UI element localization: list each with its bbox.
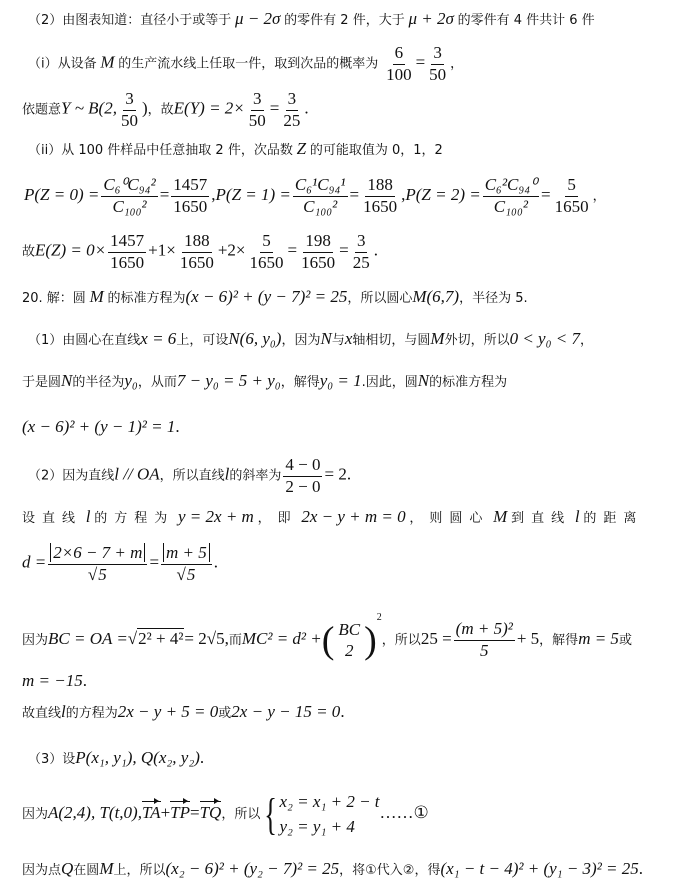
q20-part2-c: d =2×6 − 7 + m√5=m + 5√5. (22, 544, 218, 584)
text: 的生产流水线上任取一件，取到次品的概率为 (118, 57, 378, 72)
fraction: C₆²C₉₄⁰C₁₀₀² (483, 176, 539, 216)
fraction: m + 5√5 (161, 544, 212, 584)
denominator: C₁₀₀² (301, 197, 339, 217)
math-var: Z (297, 139, 306, 158)
fraction: 51650 (553, 176, 591, 216)
q20-part2-e: m = −15. (22, 672, 87, 690)
numerator: 5 (565, 176, 578, 197)
fraction: BC2 (336, 621, 362, 660)
vector-tq: TQ (200, 804, 222, 821)
numerator: 3 (286, 90, 299, 111)
numerator: 1457 (171, 176, 209, 197)
numerator: 3 (123, 90, 136, 111)
text: 依题意 (22, 103, 61, 118)
text: （ii）从 100 件样品中任意抽取 2 件，次品数 (28, 143, 293, 158)
equation-system: {x₂ = x₁ + 2 − ty₂ = y₁ + 4 (260, 790, 379, 839)
prob-item: P(Z = 0) =C₆⁰C₉₄²C₁₀₀²=14571650, (24, 188, 216, 204)
q20-part2-a: （2）因为直线l // OA，所以直线l的斜率为4 − 02 − 0= 2. (28, 456, 351, 496)
vector-tp: TP (170, 804, 190, 821)
math: E(Z) = 0× (35, 241, 106, 260)
text: 20. 解：圆 (22, 291, 86, 306)
math-var: M (100, 53, 114, 72)
fraction: 325 (281, 90, 302, 130)
numerator: C₆²C₉₄⁰ (483, 176, 539, 197)
equation-label: ……① (380, 803, 429, 822)
denominator: C₁₀₀² (110, 197, 148, 217)
fraction: 14571650 (171, 176, 209, 216)
circle-n-equation: (x − 6)² + (y − 1)² = 1 (22, 417, 175, 436)
math: Y ~ B(2, (61, 99, 117, 118)
denominator: 100 (384, 65, 414, 85)
denominator: 25 (281, 111, 302, 131)
numerator: 188 (365, 176, 395, 197)
fraction: 2×6 − 7 + m√5 (48, 544, 147, 584)
q20-part3-a: （3）设P(x₁, y₁), Q(x₂, y₂). (28, 749, 204, 767)
fraction: 1881650 (361, 176, 399, 216)
fraction: 350 (119, 90, 140, 130)
denominator: 50 (119, 111, 140, 131)
denominator: 1650 (171, 197, 209, 217)
expectation-ez: 故E(Z) = 0×14571650+1×1881650+2×51650=198… (22, 232, 378, 272)
numerator: C₆⁰C₉₄² (101, 176, 157, 197)
q20-part3-b: 因为A(2,4), T(t,0),TA+TP=TQ，所以{x₂ = x₁ + 2… (22, 790, 429, 839)
text: ，故 (148, 103, 174, 118)
math-mu-plus: μ + 2σ (408, 9, 453, 28)
q19-sub-ii: （ii）从 100 件样品中任意抽取 2 件，次品数 Z 的可能取值为 0，1，… (28, 140, 443, 158)
punct: . (304, 99, 308, 118)
fraction: C₆⁰C₉₄²C₁₀₀² (101, 176, 157, 216)
text: 的可能取值为 0，1，2 (310, 143, 443, 158)
q20-part2-d: 因为BC = OA =√2² + 4²= 2√5,而MC² = d² +(BC2… (22, 618, 632, 661)
math: E(Y) = 2× (174, 99, 245, 118)
fraction: 325 (351, 232, 372, 272)
denominator: C₁₀₀² (492, 197, 530, 217)
text: 的零件有 4 件共计 6 件 (458, 13, 595, 28)
numerator: 6 (393, 44, 406, 65)
fraction: 51650 (248, 232, 286, 272)
numerator: 3 (431, 44, 444, 65)
numerator: 3 (251, 90, 264, 111)
fraction: 350 (427, 44, 448, 84)
q20-part1-c: (x − 6)² + (y − 1)² = 1. (22, 418, 180, 436)
text: （i）从设备 (28, 57, 97, 72)
q20-part2-f: 故直线l的方程为2x − y + 5 = 0或2x − y − 15 = 0. (22, 703, 345, 721)
lhs: P(Z = 0) = (24, 185, 99, 204)
q20-part3-c: 因为点Q在圆M上，所以(x₂ − 6)² + (y₂ − 7)² = 25，将①… (22, 860, 643, 878)
text: 的零件有 2 件，大于 (284, 13, 405, 28)
fraction: 1881650 (178, 232, 216, 272)
fraction: 6100 (384, 44, 414, 84)
punct: ， (450, 57, 463, 72)
denominator: 1650 (361, 197, 399, 217)
text: （2）由图表知道：直径小于或等于 (28, 13, 231, 28)
fraction: 1981650 (299, 232, 337, 272)
q20-part2-b: 设直线 l 的方程为 y = 2x + m ，即 2x − y + m = 0 … (22, 508, 643, 526)
fraction: 350 (247, 90, 268, 130)
equals: = (416, 53, 426, 72)
lhs: P(Z = 2) = (405, 185, 480, 204)
q20-part1-b: 于是圆N的半径为y₀，从而7 − y₀ = 5 + y₀，解得y₀ = 1.因此… (22, 372, 507, 390)
denominator: 50 (427, 65, 448, 85)
q19-sub-i: （i）从设备 M 的生产流水线上任取一件，取到次品的概率为 6100=350， (28, 44, 463, 84)
fraction: 14571650 (108, 232, 146, 272)
fraction: C₆¹C₉₄¹C₁₀₀² (293, 176, 348, 216)
math-mu-minus: μ − 2σ (235, 9, 280, 28)
q19-part2-intro: （2）由图表知道：直径小于或等于 μ − 2σ 的零件有 2 件，大于 μ + … (28, 10, 595, 28)
denominator: 50 (247, 111, 268, 131)
denominator: 1650 (553, 197, 591, 217)
prob-item: P(Z = 1) =C₆¹C₉₄¹C₁₀₀²=1881650, (216, 188, 406, 204)
q20-part1-a: （1）由圆心在直线x = 6上，可设N(6, y₀)，因为N与x轴相切，与圆M外… (28, 330, 593, 348)
q19-sub-i-dist: 依题意Y ~ B(2,350)，故E(Y) = 2×350=325. (22, 90, 309, 130)
fraction: (m + 5)²5 (454, 620, 515, 660)
fraction: 4 − 02 − 0 (283, 456, 322, 496)
circle-equation: (x − 6)² + (y − 7)² = 25 (186, 287, 348, 306)
text: 故 (22, 245, 35, 260)
q20-header: 20. 解：圆 M 的标准方程为(x − 6)² + (y − 7)² = 25… (22, 288, 528, 306)
circle-center: M(6,7) (412, 287, 459, 306)
numerator: C₆¹C₉₄¹ (293, 176, 348, 197)
vector-ta: TA (142, 804, 161, 821)
probability-list: P(Z = 0) =C₆⁰C₉₄²C₁₀₀²=14571650,P(Z = 1)… (24, 176, 606, 216)
prob-item: P(Z = 2) =C₆²C₉₄⁰C₁₀₀²=51650， (405, 188, 605, 204)
equals: = (270, 99, 280, 118)
lhs: P(Z = 1) = (216, 185, 291, 204)
